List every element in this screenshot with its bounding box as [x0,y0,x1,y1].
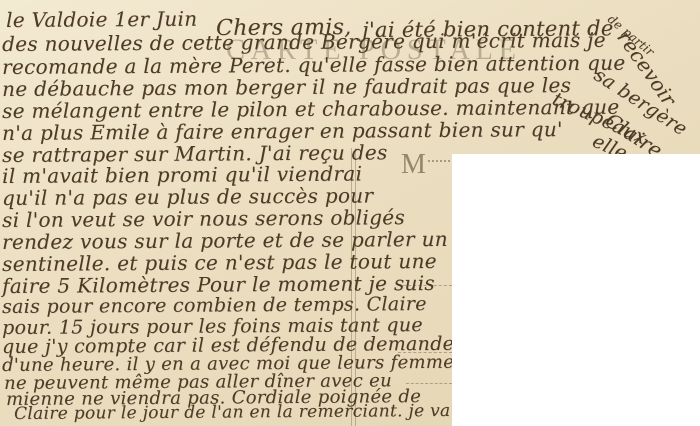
address-dotted-line [428,160,454,162]
dateline: le Valdoie 1er Juin [6,7,197,32]
address-initial: M [401,149,426,181]
postcard-scan: CARTE POSTALE M le Valdoie 1er Juin Cher… [0,0,700,426]
address-dotted-line [406,383,452,384]
scan-crop-whitespace [452,154,700,426]
handwriting-line: Claire pour le jour de l'an en la remerc… [14,401,451,424]
